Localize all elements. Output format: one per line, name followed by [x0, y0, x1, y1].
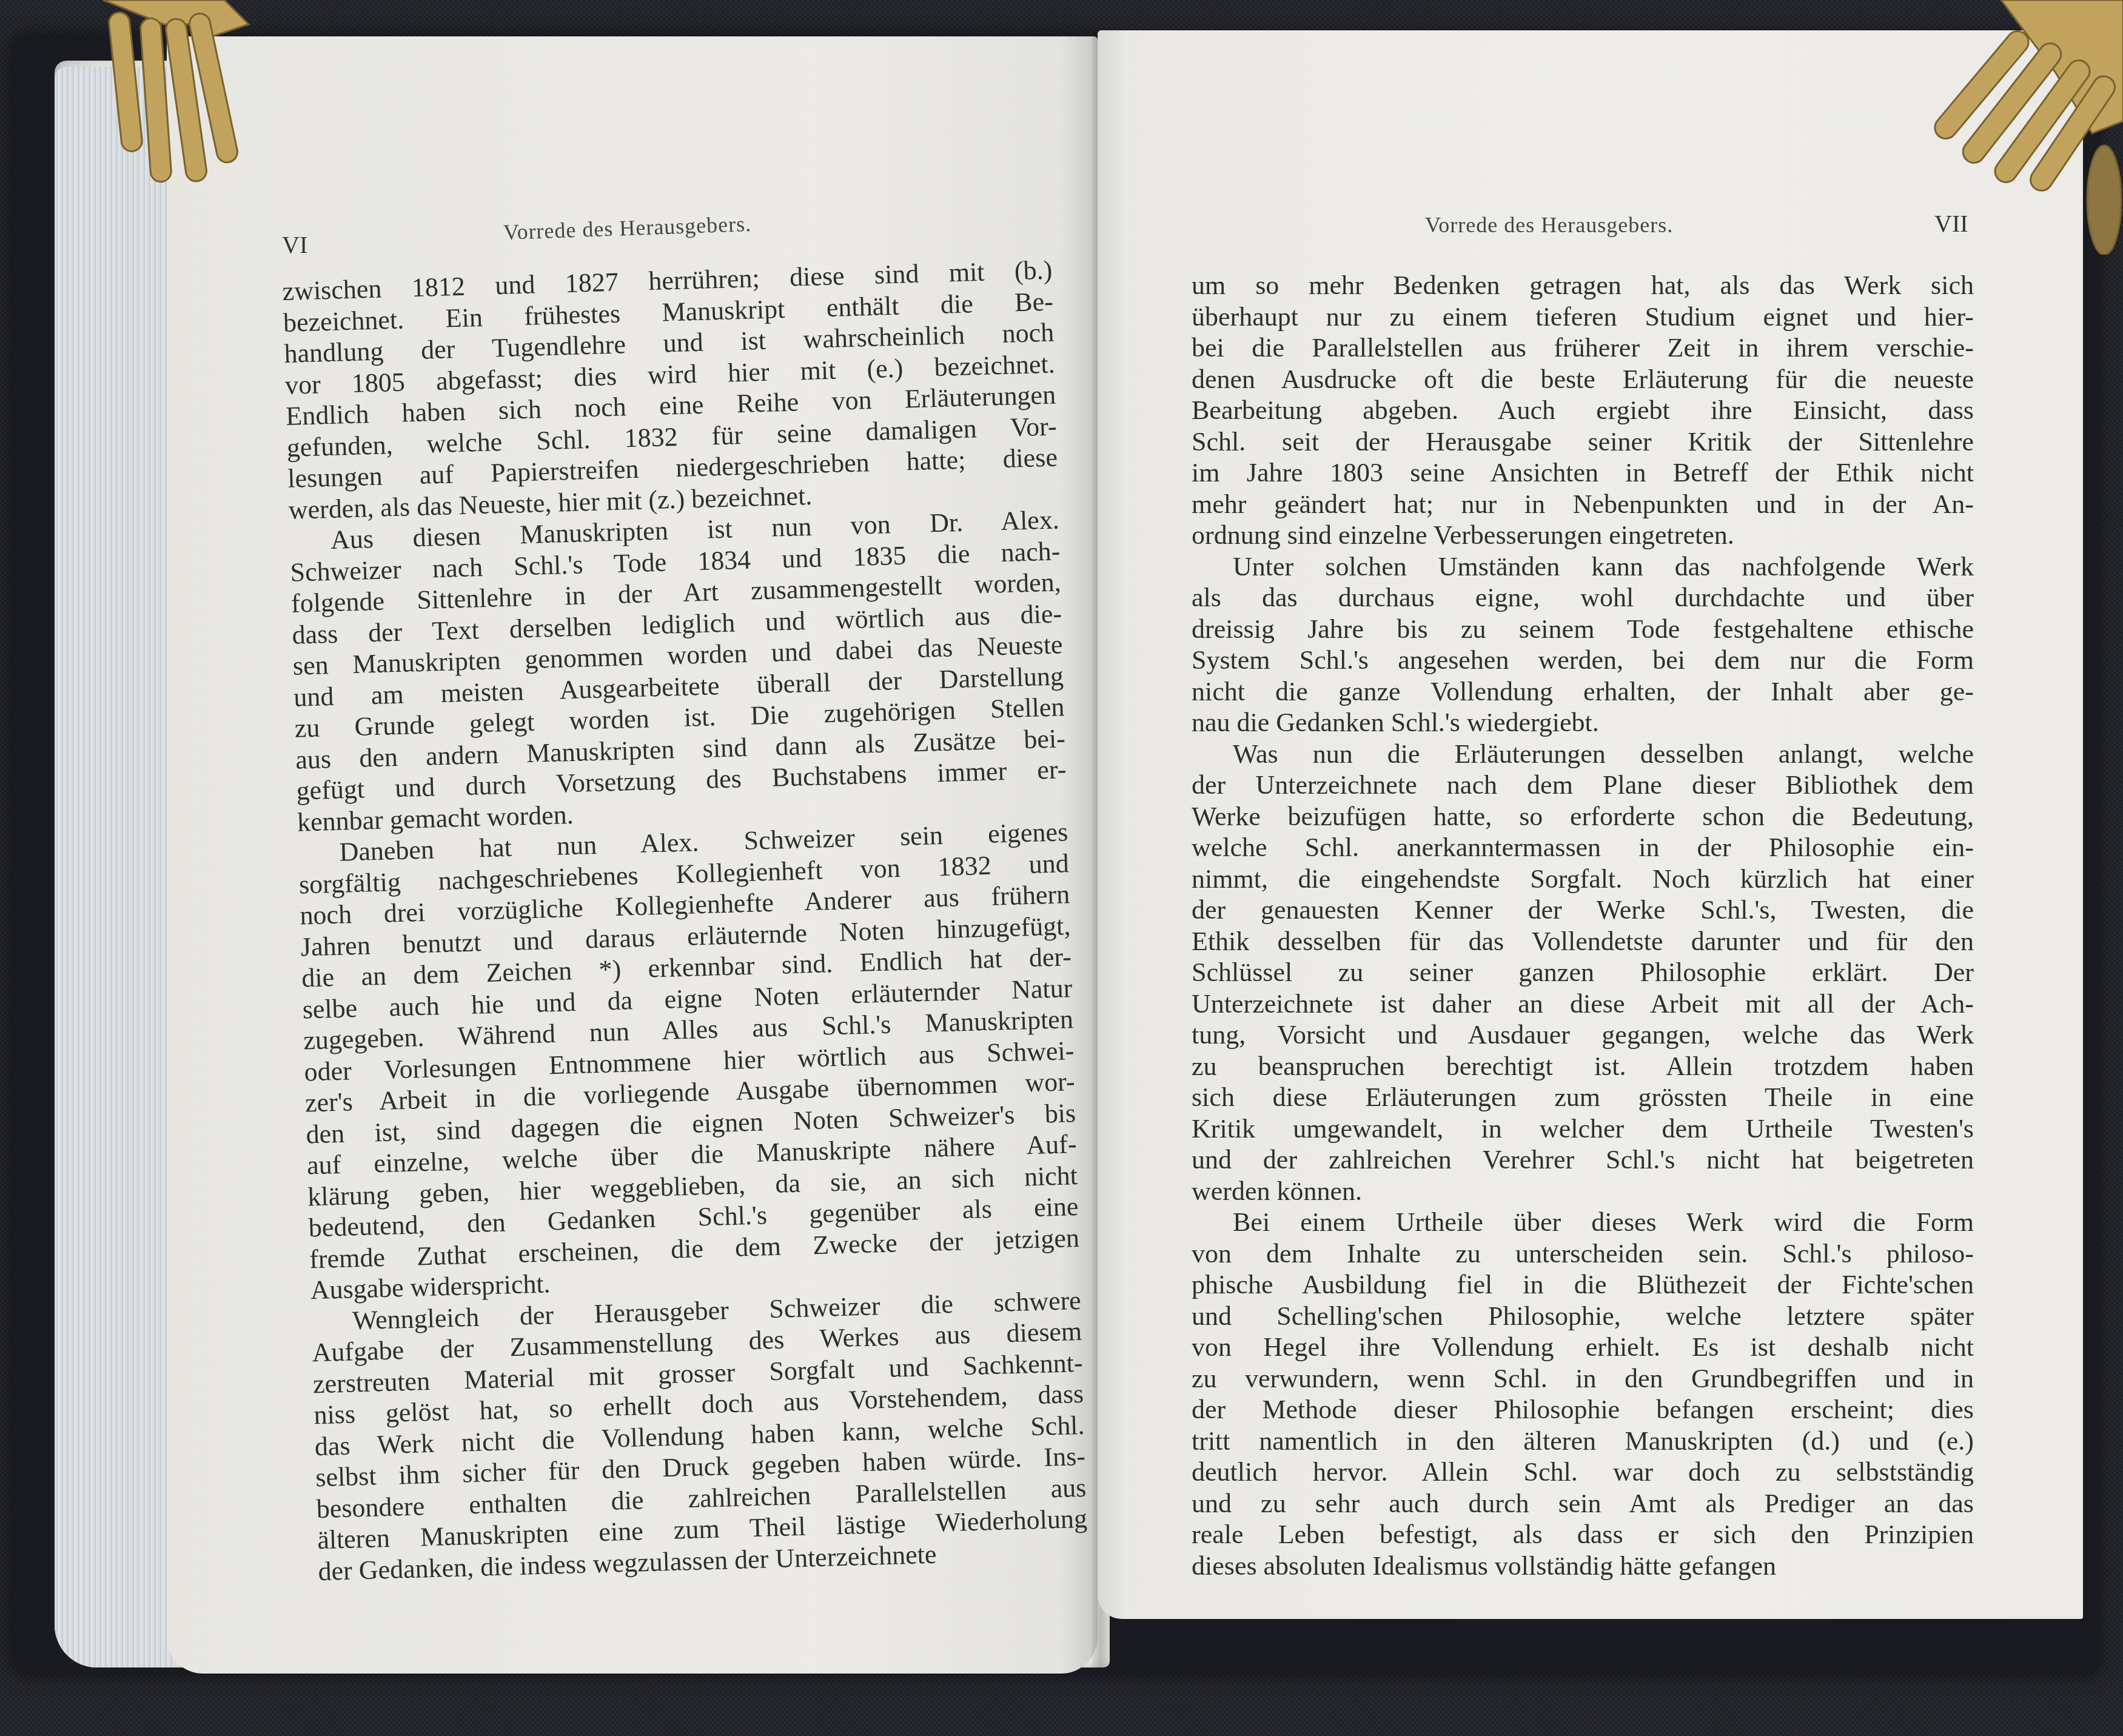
- text-line: Bearbeitung abgeben. Auch ergiebt ihre E…: [1192, 395, 1974, 426]
- text-line: der Unterzeichnete nach dem Plane dieser…: [1192, 769, 1974, 801]
- text-line: zu verwundern, wenn Schl. in den Grundbe…: [1192, 1363, 1974, 1395]
- text-line: der Methode dieser Philosophie befangen …: [1192, 1394, 1974, 1426]
- right-page-body: um so mehr Bedenken getragen hat, als da…: [1192, 270, 1974, 1581]
- left-page-body: zwischen 1812 und 1827 herrühren; diese …: [282, 255, 1088, 1587]
- text-line: zu beanspruchen berechtigt ist. Allein t…: [1192, 1051, 1974, 1082]
- paragraph: Wenngleich der Herausgeber Schweizer die…: [310, 1284, 1088, 1587]
- text-line: nau die Gedanken Schl.'s wiedergiebt.: [1192, 707, 1974, 739]
- text-line: und Schelling'schen Philosophie, welche …: [1192, 1301, 1974, 1332]
- left-page: VI Vorrede des Herausgebers. zwischen 18…: [167, 36, 1098, 1674]
- text-line: ordnung sind einzelne Verbesserungen ein…: [1192, 520, 1974, 551]
- paragraph: zwischen 1812 und 1827 herrühren; diese …: [282, 255, 1059, 526]
- running-head: Vorrede des Herausgebers.: [503, 211, 751, 245]
- text-line: überhaupt nur zu einem tieferen Studium …: [1192, 301, 1974, 333]
- text-line: System Schl.'s angesehen werden, bei dem…: [1192, 645, 1974, 676]
- text-line: deutlich hervor. Allein Schl. war doch z…: [1192, 1456, 1974, 1488]
- paragraph: Daneben hat nun Alex. Schweizer sein eig…: [298, 816, 1081, 1306]
- text-line: werden können.: [1192, 1176, 1974, 1207]
- text-line: denen Ausdrucke oft die beste Erläuterun…: [1192, 364, 1974, 395]
- text-line: tung, Vorsicht und Ausdauer gegangen, we…: [1192, 1019, 1974, 1051]
- text-line: reale Leben befestigt, als dass er sich …: [1192, 1519, 1974, 1550]
- text-line: der genauesten Kenner der Werke Schl.'s,…: [1192, 894, 1974, 926]
- text-line: mehr geändert hat; nur in Nebenpunkten u…: [1192, 489, 1974, 520]
- page-number: VI: [282, 230, 307, 259]
- text-line: dreissig Jahre bis zu seinem Tode festge…: [1192, 614, 1974, 645]
- text-line: Schl. seit der Herausgabe seiner Kritik …: [1192, 426, 1974, 458]
- paragraph: Was nun die Erläuterungen desselben anla…: [1192, 739, 1974, 1207]
- paragraph: Bei einem Urtheile über dieses Werk wird…: [1192, 1207, 1974, 1581]
- paragraph: um so mehr Bedenken getragen hat, als da…: [1192, 270, 1974, 551]
- brass-hand-clip-icon: [1910, 0, 2123, 255]
- text-line: nimmt, die eingehendste Sorgfalt. Noch k…: [1192, 863, 1974, 895]
- text-line: und der zahlreichen Verehrer Schl.'s nic…: [1192, 1144, 1974, 1176]
- right-page: Vorrede des Herausgebers. VII um so mehr…: [1098, 30, 2083, 1619]
- text-line: um so mehr Bedenken getragen hat, als da…: [1192, 270, 1974, 301]
- text-line: Ethik desselben für das Vollendetste dar…: [1192, 926, 1974, 957]
- text-line: Schlüssel zu seiner ganzen Philosophie e…: [1192, 957, 1974, 988]
- text-line: welche Schl. anerkanntermassen in der Ph…: [1192, 832, 1974, 863]
- text-line: Werke beizufügen hatte, so erforderte sc…: [1192, 801, 1974, 833]
- text-line: Kritik umgewandelt, in welcher dem Urthe…: [1192, 1113, 1974, 1145]
- brass-hand-clip-icon: [67, 0, 267, 188]
- text-line: tritt namentlich in den älteren Manuskri…: [1192, 1426, 1974, 1457]
- text-line: im Jahre 1803 seine Ansichten in Betreff…: [1192, 457, 1974, 489]
- text-line: von dem Inhalte zu unterscheiden sein. S…: [1192, 1238, 1974, 1270]
- text-line: Bei einem Urtheile über dieses Werk wird…: [1192, 1207, 1974, 1238]
- text-line: Unter solchen Umständen kann das nachfol…: [1192, 551, 1974, 583]
- text-line: von Hegel ihre Vollendung erhielt. Es is…: [1192, 1332, 1974, 1363]
- text-line: Was nun die Erläuterungen desselben anla…: [1192, 739, 1974, 770]
- paragraph: Unter solchen Umständen kann das nachfol…: [1192, 551, 1974, 739]
- text-line: als das durchaus eigne, wohl durchdachte…: [1192, 582, 1974, 614]
- text-line: sich diese Erläuterungen zum grössten Th…: [1192, 1082, 1974, 1113]
- running-head: Vorrede des Herausgebers.: [1425, 212, 1673, 238]
- text-line: Unterzeichnete ist daher an diese Arbeit…: [1192, 988, 1974, 1020]
- text-line: bei die Parallelstellen aus früherer Zei…: [1192, 332, 1974, 364]
- text-line: und zu sehr auch durch sein Amt als Pred…: [1192, 1488, 1974, 1520]
- page-edges: [55, 67, 176, 1667]
- text-line: nicht die ganze Vollendung erhalten, der…: [1192, 676, 1974, 708]
- text-line: phische Ausbildung fiel in die Blüthezei…: [1192, 1269, 1974, 1301]
- text-line: dieses absoluten Idealismus vollständig …: [1192, 1550, 1974, 1582]
- paragraph: Aus diesen Manuskripten ist nun von Dr. …: [289, 504, 1068, 837]
